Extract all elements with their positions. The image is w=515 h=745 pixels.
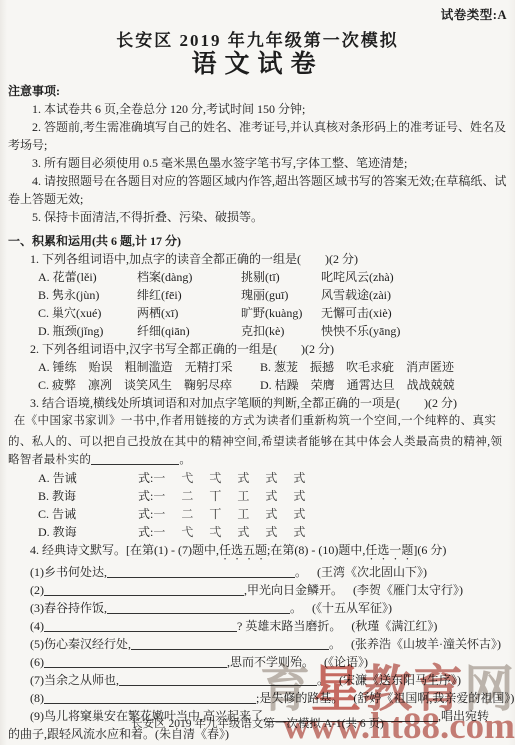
line-text: 。 [290, 601, 302, 615]
stem-dotted-text: 任选一题 [365, 543, 413, 557]
q3-option-b: B. 教诲 式: 一 二 丅 工 式 式 [38, 487, 507, 505]
stem-text: 4. 经典诗文默写。[在第(1) - (7)题中, [30, 543, 219, 557]
q2-stem: 2. 下列各组词语中,汉字书写全都正确的一组是( )(2 分) [30, 340, 507, 358]
word: 教诲 [52, 489, 76, 503]
page-footer: 长安区 2019 年九年级语文第一次模拟 A-1(共 6 页) [0, 715, 515, 733]
q4-line-7: (7)当余之从师也,。(宋濂《送东阳马生序》) [30, 671, 507, 689]
q2-option-a: A. 锤练 贻误 粗制滥造 无精打采 [38, 358, 260, 376]
word: 怏怏不乐(yāng) [321, 322, 507, 340]
word: 瑰丽(guī) [241, 286, 321, 304]
option-label: D. [260, 378, 272, 392]
q4-stem: 4. 经典诗文默写。[在第(1) - (7)题中,任选五题;在第(8) - (1… [30, 541, 507, 563]
word: 教诲 [53, 525, 77, 539]
q1-option-row-d: D. 瓶颈(jǐng) 纤细(qiān) 克扣(kè) 怏怏不乐(yāng) [38, 322, 507, 340]
line-text: ? 英雄末路当磨折。 [237, 619, 341, 633]
q1-option-c: C. 巢穴(xué) [38, 304, 137, 322]
stem-text: ;在第(8) - (10)题中, [267, 543, 365, 557]
line-text: 舂谷持作饭, [44, 601, 107, 615]
word: 风雪载途(zài) [321, 286, 507, 304]
word: 隽永(jùn) [52, 288, 99, 302]
word: 无懈可击(xiè) [321, 304, 507, 322]
words: 锤练 贻误 粗制滥造 无精打采 [53, 360, 233, 374]
line-text: 。 [317, 673, 329, 687]
paper-type-label: 试卷类型:A [8, 6, 507, 24]
q2-option-c: C. 疲弊 凛冽 谈笑风生 鞠躬尽瘁 [38, 376, 260, 394]
answer-blank [119, 673, 317, 686]
option-label: D. [38, 525, 50, 539]
stroke-order-label: 式: [138, 469, 153, 487]
line-number: (7) [30, 673, 44, 687]
words: 疲弊 凛冽 谈笑风生 鞠躬尽瘁 [52, 378, 232, 392]
stem-text: ](6 分) [413, 543, 446, 557]
words: 葱茏 振撼 吹毛求疵 消声匿迹 [274, 360, 454, 374]
q1-stem: 1. 下列各组词语中,加点字的读音全都正确的一组是( )(2 分) [30, 250, 507, 268]
option-label: D. [38, 324, 50, 338]
line-source: (王湾《次北固山下》) [317, 565, 427, 579]
q1-option-row-c: C. 巢穴(xué) 两栖(xī) 旷野(kuàng) 无懈可击(xiè) [38, 304, 507, 322]
line-number: (2) [30, 583, 44, 597]
notice-heading: 注意事项: [8, 82, 507, 100]
word: 叱咤风云(zhà) [321, 268, 507, 286]
notice-item-2: 2. 答题前,考生需准确填写自己的姓名、准考证号,并认真核对条形码上的准考证号、… [8, 118, 507, 154]
line-text: 乡书何处达, [44, 565, 107, 579]
option-label: C. [38, 507, 49, 521]
notice-item-3: 3. 所有题目必须使用 0.5 毫米黑色墨水签字笔书写,字体工整、笔迹清楚; [8, 154, 507, 172]
line-number: (6) [30, 655, 44, 669]
passage-text: 。 [179, 454, 191, 466]
answer-blank [107, 565, 295, 578]
words: 桔躁 荣膺 通霄达旦 战战兢兢 [275, 378, 455, 392]
q2-option-row-2: C. 疲弊 凛冽 谈笑风生 鞠躬尽瘁 D. 桔躁 荣膺 通霄达旦 战战兢兢 [38, 376, 507, 394]
line-source: (《十五从军征》) [312, 601, 392, 615]
word: 绯红(fēi) [137, 286, 241, 304]
answer-blank [131, 637, 329, 650]
subject-title: 语文试卷 [8, 56, 507, 74]
line-text: 。 [329, 637, 341, 651]
q3-fill-blank [91, 452, 179, 465]
notice-item-4: 4. 请按照题号在各题目对应的答题区域内作答,超出答题区域书写的答案无效;在草稿… [8, 172, 507, 208]
q1-option-row-b: B. 隽永(jùn) 绯红(fēi) 瑰丽(guī) 风雪载途(zài) [38, 286, 507, 304]
line-number: (1) [30, 565, 44, 579]
stroke-order-sequence: 一 弋 弌 式 式 式 [153, 523, 307, 541]
word: 纤细(qiān) [137, 322, 241, 340]
line-source: (秋瑾《满江红》) [351, 619, 437, 633]
line-text: 伤心秦汉经行处, [44, 637, 131, 651]
q4-line-1: (1)乡书何处达,。(王湾《次北固山下》) [30, 563, 507, 581]
q1-option-b: B. 隽永(jùn) [38, 286, 137, 304]
line-source: (李贺《雁门太守行》) [353, 583, 463, 597]
q4-line-6: (6),思而不学则殆。(《论语》) [30, 653, 507, 671]
option-label: B. [260, 360, 271, 374]
q3-stem: 3. 结合语境,横线处所填词语和对加点字笔顺的判断,全都正确的一项是( )(2 … [30, 394, 507, 412]
line-number: (3) [30, 601, 44, 615]
q2-option-b: B. 葱茏 振撼 吹毛求疵 消声匿迹 [260, 358, 507, 376]
word: 两栖(xī) [137, 304, 241, 322]
option-label: A. [38, 360, 50, 374]
line-text: ,甲光向日金鳞开。 [244, 583, 343, 597]
stem-dotted-text: 任选五题 [219, 543, 267, 557]
q3-passage: 在《中国家书家训》一书中,作者用链接的方式为读者们重新构筑一个空间,一个纯粹的、… [8, 412, 507, 469]
word: 挑剔(tī) [241, 268, 321, 286]
option-label: B. [38, 489, 49, 503]
line-text: 。 [295, 565, 307, 579]
line-source: (《论语》) [324, 655, 368, 669]
line-number: (4) [30, 619, 44, 633]
stroke-order-sequence: 一 二 丅 工 式 式 [153, 487, 307, 505]
stroke-order-sequence: 一 弋 弌 式 式 式 [153, 469, 307, 487]
option-word: C. 告诫 [38, 505, 138, 523]
q4-line-8: (8);是失修的路基。(舒婷《祖国啊,我亲爱的祖国》) [30, 689, 507, 707]
answer-blank [44, 619, 237, 632]
line-source: (舒婷《祖国啊,我亲爱的祖国》) [353, 691, 514, 705]
stroke-order-label: 式: [138, 487, 153, 505]
q3-option-a: A. 告诫 式: 一 弋 弌 式 式 式 [38, 469, 507, 487]
q2-option-row-1: A. 锤练 贻误 粗制滥造 无精打采 B. 葱茏 振撼 吹毛求疵 消声匿迹 [38, 358, 507, 376]
stroke-order-sequence: 一 二 丅 工 式 式 [153, 505, 307, 523]
option-label: A. [38, 471, 50, 485]
answer-blank [44, 655, 227, 668]
line-text: 当余之从师也, [44, 673, 119, 687]
word: 告诫 [52, 507, 76, 521]
q1-option-a: A. 花蕾(lěi) [38, 268, 137, 286]
section-heading: 一、积累和运用(共 6 题,计 17 分) [8, 232, 507, 250]
q2-option-d: D. 桔躁 荣膺 通霄达旦 战战兢兢 [260, 376, 507, 394]
line-number: (8) [30, 691, 44, 705]
notice-item-5: 5. 保持卡面清洁,不得折叠、污染、破损等。 [8, 208, 507, 226]
option-label: C. [38, 306, 49, 320]
word: 瓶颈(jǐng) [53, 324, 104, 338]
line-text: ,思而不学则殆。 [227, 655, 314, 669]
answer-blank [44, 691, 256, 704]
stroke-order-label: 式: [138, 523, 153, 541]
word: 告诫 [53, 471, 77, 485]
q4-line-4: (4)? 英雄末路当磨折。(秋瑾《满江红》) [30, 617, 507, 635]
q4-line-3: (3)舂谷持作饭,。(《十五从军征》) [30, 599, 507, 617]
passage-dotted-char: 式 [243, 415, 255, 427]
passage-text: 在《中国家书家训》一书中,作者用链接的方 [14, 415, 243, 427]
word: 巢穴(xué) [52, 306, 101, 320]
option-label: C. [38, 378, 49, 392]
option-label: A. [38, 270, 50, 284]
notice-section: 注意事项: 1. 本试卷共 6 页,全卷总分 120 分,考试时间 150 分钟… [8, 82, 507, 226]
word: 旷野(kuàng) [241, 304, 321, 322]
q4-line-5: (5)伤心秦汉经行处,。(张养浩《山坡羊·潼关怀古》) [30, 635, 507, 653]
answer-blank [107, 601, 290, 614]
answer-blank [44, 583, 244, 596]
stroke-order-label: 式: [138, 505, 153, 523]
option-label: B. [38, 288, 49, 302]
line-number: (5) [30, 637, 44, 651]
word: 克扣(kè) [241, 322, 321, 340]
option-word: A. 告诫 [38, 469, 138, 487]
q4-line-2: (2),甲光向日金鳞开。(李贺《雁门太守行》) [30, 581, 507, 599]
q3-option-d: D. 教诲 式: 一 弋 弌 式 式 式 [38, 523, 507, 541]
exam-title: 长安区 2019 年九年级第一次模拟 [8, 32, 507, 50]
line-source: (宋濂《送东阳马生序》) [339, 673, 461, 687]
q1-option-row-a: A. 花蕾(lěi) 档案(dàng) 挑剔(tī) 叱咤风云(zhà) [38, 268, 507, 286]
word: 档案(dàng) [137, 268, 241, 286]
word: 花蕾(lěi) [53, 270, 97, 284]
notice-item-1: 1. 本试卷共 6 页,全卷总分 120 分,考试时间 150 分钟; [8, 100, 507, 118]
option-word: B. 教诲 [38, 487, 138, 505]
q1-option-d: D. 瓶颈(jǐng) [38, 322, 137, 340]
line-text: ;是失修的路基。 [256, 691, 343, 705]
exam-paper-page: 试卷类型:A 长安区 2019 年九年级第一次模拟 语文试卷 注意事项: 1. … [0, 0, 515, 745]
line-source: (张养浩《山坡羊·潼关怀古》) [351, 637, 501, 651]
option-word: D. 教诲 [38, 523, 138, 541]
q3-option-c: C. 告诫 式: 一 二 丅 工 式 式 [38, 505, 507, 523]
